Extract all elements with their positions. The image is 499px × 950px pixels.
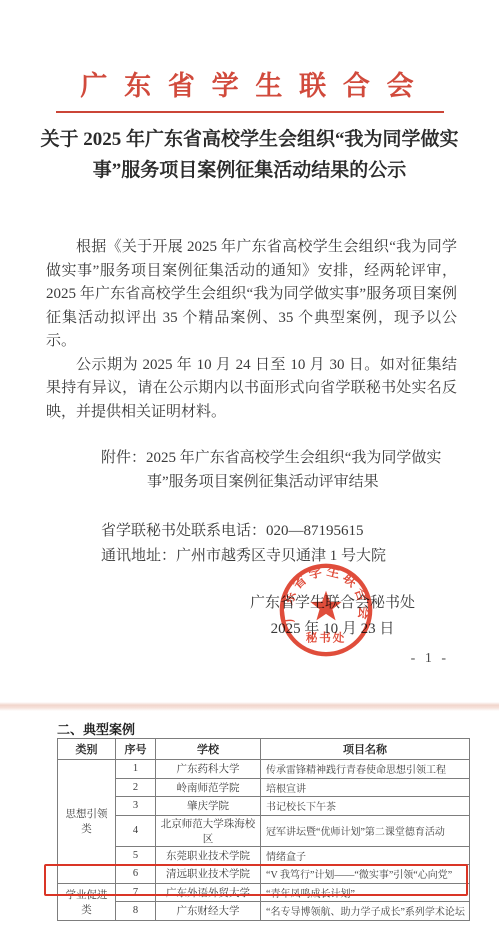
header-divider — [56, 111, 444, 113]
serial-number-cell: 8 — [116, 902, 156, 921]
category-cell: 学业促进类 — [58, 883, 116, 920]
paragraph-publicity-period: 公示期为 2025 年 10 月 24 日至 10 月 30 日。如对征集结果持… — [46, 354, 457, 425]
paragraph-basis: 根据《关于开展 2025 年广东省高校学生会组织“我为同学做实事”服务项目案例征… — [46, 236, 457, 354]
section-title-typical-cases: 二、典型案例 — [57, 719, 135, 738]
school-cell: 清远职业技术学院 — [156, 865, 261, 884]
project-name-cell: 冠军讲坛暨“优师计划”第二课堂德育活动 — [261, 815, 470, 846]
project-name-cell: “青年凤鸣成长计划” — [261, 883, 470, 902]
table-row: 2岭南师范学院培根宣讲 — [58, 778, 470, 797]
table-row: 学业促进类7广东外语外贸大学“青年凤鸣成长计划” — [58, 883, 470, 902]
serial-number-cell: 4 — [116, 815, 156, 846]
table-row: 8广东财经大学“名专导博领航、助力学子成长”系列学术论坛 — [58, 902, 470, 921]
project-name-cell: “V 我笃行”计划——“微实事”引领“心向党” — [261, 865, 470, 884]
table-row: 5东莞职业技术学院情绪盒子 — [58, 846, 470, 865]
page-number-5: - 5 - — [415, 906, 443, 918]
school-cell: 广东财经大学 — [156, 902, 261, 921]
document-body: 根据《关于开展 2025 年广东省高校学生会组织“我为同学做实事”服务项目案例征… — [46, 236, 457, 568]
table-header-row: 类别 序号 学校 项目名称 — [58, 739, 470, 760]
school-cell: 北京师范大学珠海校区 — [156, 815, 261, 846]
official-seal-stamp: 广东省学生联合会 秘书处 — [278, 562, 374, 658]
column-header-category: 类别 — [58, 739, 116, 760]
serial-number-cell: 1 — [116, 760, 156, 779]
table-row: 3肇庆学院书记校长下午茶 — [58, 797, 470, 816]
column-header-number: 序号 — [116, 739, 156, 760]
project-name-cell: 情绪盒子 — [261, 846, 470, 865]
serial-number-cell: 3 — [116, 797, 156, 816]
serial-number-cell: 6 — [116, 865, 156, 884]
school-cell: 肇庆学院 — [156, 797, 261, 816]
serial-number-cell: 5 — [116, 846, 156, 865]
contact-phone: 省学联秘书处联系电话：020—87195615 — [101, 519, 457, 544]
school-cell: 广东外语外贸大学 — [156, 883, 261, 902]
column-header-school: 学校 — [156, 739, 261, 760]
project-name-cell: 传承雷锋精神践行青春使命思想引领工程 — [261, 760, 470, 779]
table-row: 6清远职业技术学院“V 我笃行”计划——“微实事”引领“心向党” — [58, 865, 470, 884]
attachment-note: 附件：2025 年广东省高校学生会组织“我为同学做实事”服务项目案例征集活动评审… — [101, 446, 457, 494]
table-row: 4北京师范大学珠海校区冠军讲坛暨“优师计划”第二课堂德育活动 — [58, 815, 470, 846]
project-name-cell: 书记校长下午茶 — [261, 797, 470, 816]
typical-cases-table: 类别 序号 学校 项目名称 思想引领类1广东药科大学传承雷锋精神践行青春使命思想… — [57, 738, 470, 921]
category-cell: 思想引领类 — [58, 760, 116, 884]
seal-star-icon — [310, 591, 341, 621]
document-title: 关于 2025 年广东省高校学生会组织“我为同学做实事”服务项目案例征集活动结果… — [38, 124, 461, 186]
column-header-project: 项目名称 — [261, 739, 470, 760]
school-cell: 东莞职业技术学院 — [156, 846, 261, 865]
project-name-cell: 培根宣讲 — [261, 778, 470, 797]
scanned-document: 广 东 省 学 生 联 合 会 关于 2025 年广东省高校学生会组织“我为同学… — [0, 0, 499, 950]
page-separator — [0, 702, 499, 711]
serial-number-cell: 7 — [116, 883, 156, 902]
org-name-header: 广 东 省 学 生 联 合 会 — [0, 64, 499, 103]
table-row: 思想引领类1广东药科大学传承雷锋精神践行青春使命思想引领工程 — [58, 760, 470, 779]
page-number-1: - 1 - — [411, 651, 449, 667]
school-cell: 广东药科大学 — [156, 760, 261, 779]
school-cell: 岭南师范学院 — [156, 778, 261, 797]
seal-bottom-text: 秘书处 — [306, 631, 346, 645]
serial-number-cell: 2 — [116, 778, 156, 797]
